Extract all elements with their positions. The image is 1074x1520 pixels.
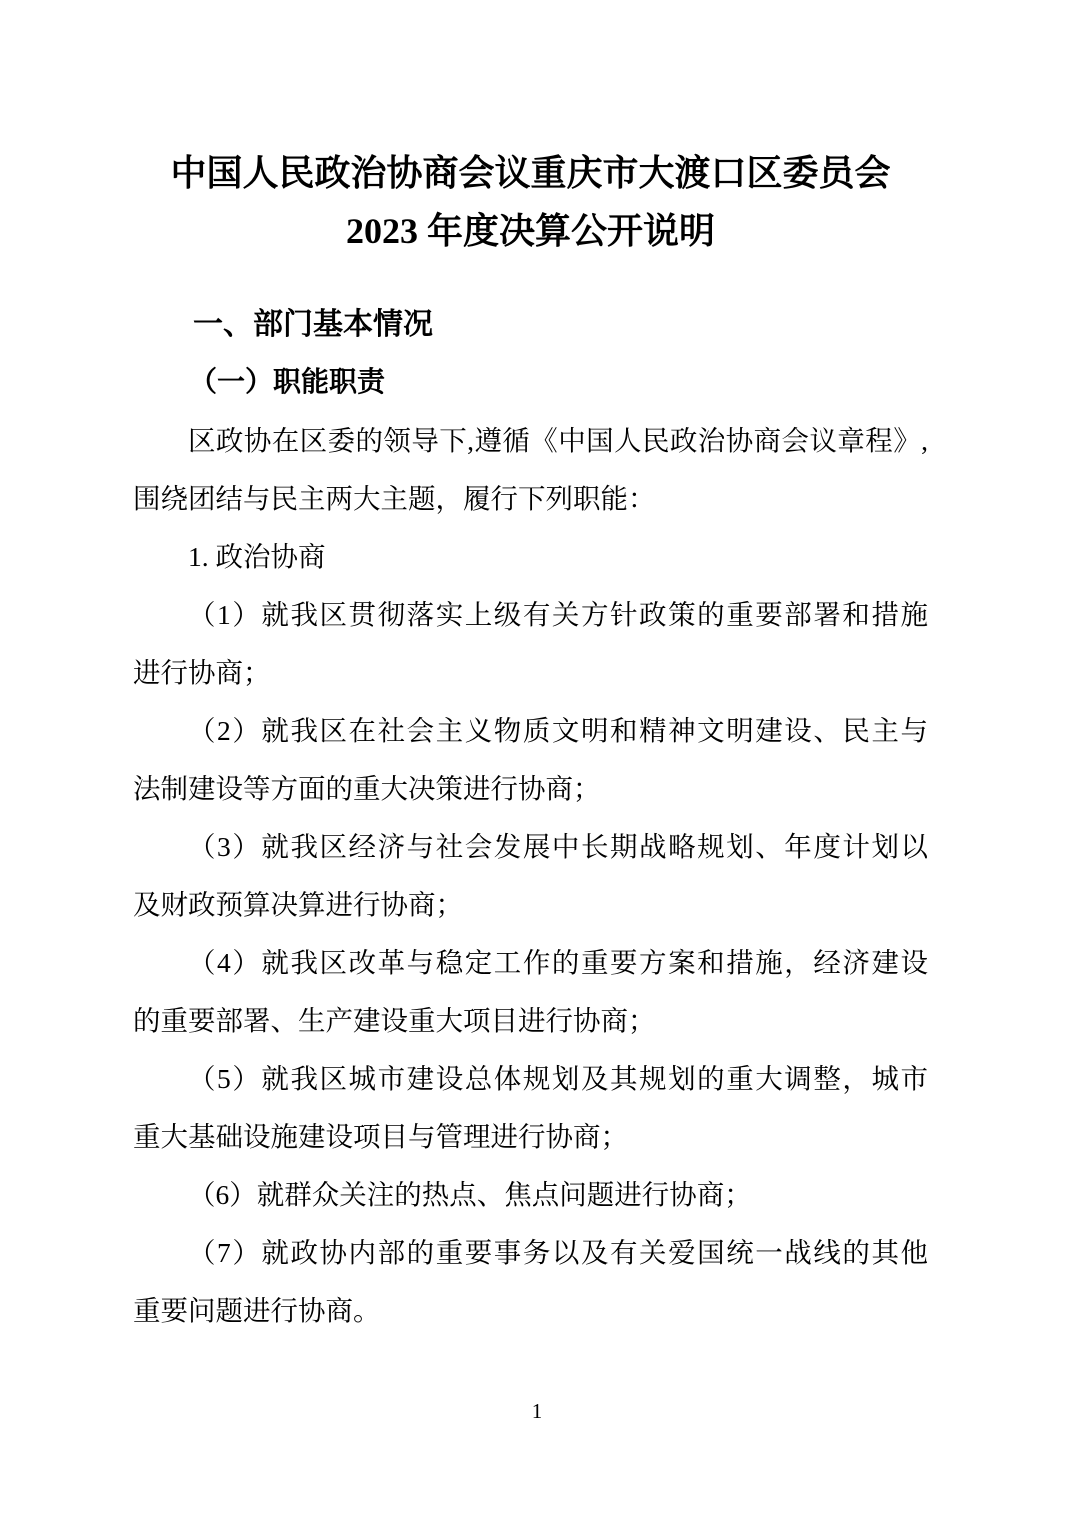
paragraph-line: 的重要部署、生产建设重大项目进行协商； (133, 992, 928, 1050)
paragraph-line: 1. 政治协商 (133, 528, 928, 586)
subsection-heading: （一）职能职责 (133, 354, 928, 412)
paragraph: （6）就群众关注的热点、焦点问题进行协商； (133, 1166, 928, 1224)
paragraph-line: 区政协在区委的领导下,遵循《中国人民政治协商会议章程》, (133, 412, 928, 470)
paragraph-line: 重要问题进行协商。 (133, 1282, 928, 1340)
paragraph: （5）就我区城市建设总体规划及其规划的重大调整，城市重大基础设施建设项目与管理进… (133, 1050, 928, 1166)
document-title: 中国人民政治协商会议重庆市大渡口区委员会 2023 年度决算公开说明 (133, 144, 928, 260)
paragraph: 1. 政治协商 (133, 528, 928, 586)
paragraph-line: 法制建设等方面的重大决策进行协商； (133, 760, 928, 818)
paragraph-line: 重大基础设施建设项目与管理进行协商； (133, 1108, 928, 1166)
section-heading: 一、部门基本情况 (133, 296, 928, 354)
paragraphs-container: 区政协在区委的领导下,遵循《中国人民政治协商会议章程》,围绕团结与民主两大主题，… (133, 412, 928, 1340)
paragraph: （7）就政协内部的重要事务以及有关爱国统一战线的其他重要问题进行协商。 (133, 1224, 928, 1340)
paragraph: （1）就我区贯彻落实上级有关方针政策的重要部署和措施进行协商； (133, 586, 928, 702)
paragraph-line: （2）就我区在社会主义物质文明和精神文明建设、民主与 (133, 702, 928, 760)
paragraph-line: 进行协商； (133, 644, 928, 702)
paragraph-line: 围绕团结与民主两大主题，履行下列职能： (133, 470, 928, 528)
paragraph-line: （4）就我区改革与稳定工作的重要方案和措施，经济建设 (133, 934, 928, 992)
paragraph-line: 及财政预算决算进行协商； (133, 876, 928, 934)
document-page: 中国人民政治协商会议重庆市大渡口区委员会 2023 年度决算公开说明 一、部门基… (0, 0, 1074, 1520)
paragraph: （3）就我区经济与社会发展中长期战略规划、年度计划以及财政预算决算进行协商； (133, 818, 928, 934)
paragraph-line: （5）就我区城市建设总体规划及其规划的重大调整，城市 (133, 1050, 928, 1108)
paragraph-line: （1）就我区贯彻落实上级有关方针政策的重要部署和措施 (133, 586, 928, 644)
paragraph-line: （3）就我区经济与社会发展中长期战略规划、年度计划以 (133, 818, 928, 876)
title-line-1: 中国人民政治协商会议重庆市大渡口区委员会 (133, 144, 928, 202)
paragraph: 区政协在区委的领导下,遵循《中国人民政治协商会议章程》,围绕团结与民主两大主题，… (133, 412, 928, 528)
paragraph-line: （6）就群众关注的热点、焦点问题进行协商； (133, 1166, 928, 1224)
paragraph: （2）就我区在社会主义物质文明和精神文明建设、民主与法制建设等方面的重大决策进行… (133, 702, 928, 818)
paragraph-line: （7）就政协内部的重要事务以及有关爱国统一战线的其他 (133, 1224, 928, 1282)
paragraph: （4）就我区改革与稳定工作的重要方案和措施，经济建设的重要部署、生产建设重大项目… (133, 934, 928, 1050)
title-line-2: 2023 年度决算公开说明 (133, 202, 928, 260)
page-number: 1 (0, 1396, 1074, 1426)
